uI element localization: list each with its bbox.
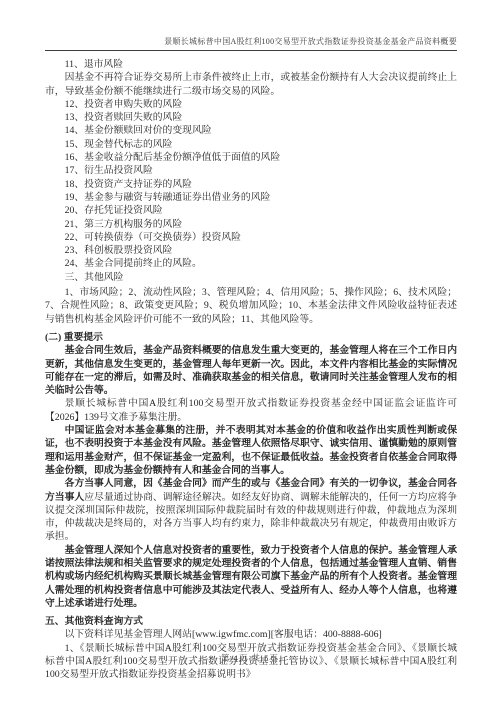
notice-paragraph-arbitration: 各方当事人同意，因《基金合同》而产生的或与《基金合同》有关的一切争议，基金合同各…: [45, 477, 457, 543]
query-section-heading: 五、其他资料查询方式: [45, 615, 457, 628]
risk-list-item: 21、第三方机构服务的风险: [45, 218, 457, 231]
other-risks-text: 1、市场风险；2、流动性风险；3、管理风险；4、信用风险；5、操作风险；6、技术…: [45, 286, 457, 326]
risk-list-item: 16、基金收益分配后基金份额净值低于面值的风险: [45, 151, 457, 164]
page-number: 第 4页 共 5页: [0, 652, 500, 664]
risk-list-item: 18、投资资产支持证券的风险: [45, 178, 457, 191]
notice-paragraph-privacy: 基金管理人深知个人信息对投资者的重要性，致力于投资者个人信息的保护。基金管理人承…: [45, 544, 457, 610]
risk-list-item: 19、基金参与融资与转融通证券出借业务的风险: [45, 191, 457, 204]
notice-paragraph-registration: 景顺长城标普中国A股红利100交易型开放式指数证券投资基金经中国证监会证监许可【…: [45, 397, 457, 424]
query-section-intro: 以下资料详见基金管理人网站[www.igwfmc.com][客服电话：400-8…: [45, 628, 457, 641]
risk-list-item: 13、投资者赎回失败的风险: [45, 111, 457, 124]
risk-list-item: 23、科创板股票投资风险: [45, 244, 457, 257]
risk-list-item: 14、基金份额赎回对价的变现风险: [45, 124, 457, 137]
notice-paragraph-update: 基金合同生效后，基金产品资料概要的信息发生重大变更的，基金管理人将在三个工作日内…: [45, 344, 457, 397]
risk-item-11-title: 11、退市风险: [45, 58, 457, 71]
risk-list-item: 15、现金替代标志的风险: [45, 138, 457, 151]
risk-item-11-detail: 因基金不再符合证券交易所上市条件被终止上市，或被基金份额持有人大会决议提前终止上…: [45, 71, 457, 98]
notice-paragraph-csrc: 中国证监会对本基金募集的注册，并不表明其对本基金的价值和收益作出实质性判断或保证…: [45, 424, 457, 477]
document-header-title: 景顺长城标普中国A股红利100交易型开放式指数证券投资基金基金产品资料概要: [45, 36, 457, 51]
risk-list-item: 17、衍生品投资风险: [45, 164, 457, 177]
risk-list-item: 22、可转换债券（可交换债券）投资风险: [45, 231, 457, 244]
important-notice-heading: (二) 重要提示: [45, 331, 457, 344]
other-risks-title: 三、其他风险: [45, 271, 457, 284]
document-body: 11、退市风险 因基金不再符合证券交易所上市条件被终止上市，或被基金份额持有人大…: [45, 58, 457, 682]
risk-list-item: 24、基金合同提前终止的风险。: [45, 257, 457, 270]
risk-list-item: 12、投资者申购失败的风险: [45, 98, 457, 111]
notice-paragraph-arbitration-rest: 应尽量通过协商、调解途径解决。如经友好协商、调解未能解决的，任何一方均应将争议提…: [45, 492, 457, 543]
document-page: 景顺长城标普中国A股红利100交易型开放式指数证券投资基金基金产品资料概要 11…: [0, 0, 500, 707]
risk-list-item: 20、存托凭证投资风险: [45, 204, 457, 217]
